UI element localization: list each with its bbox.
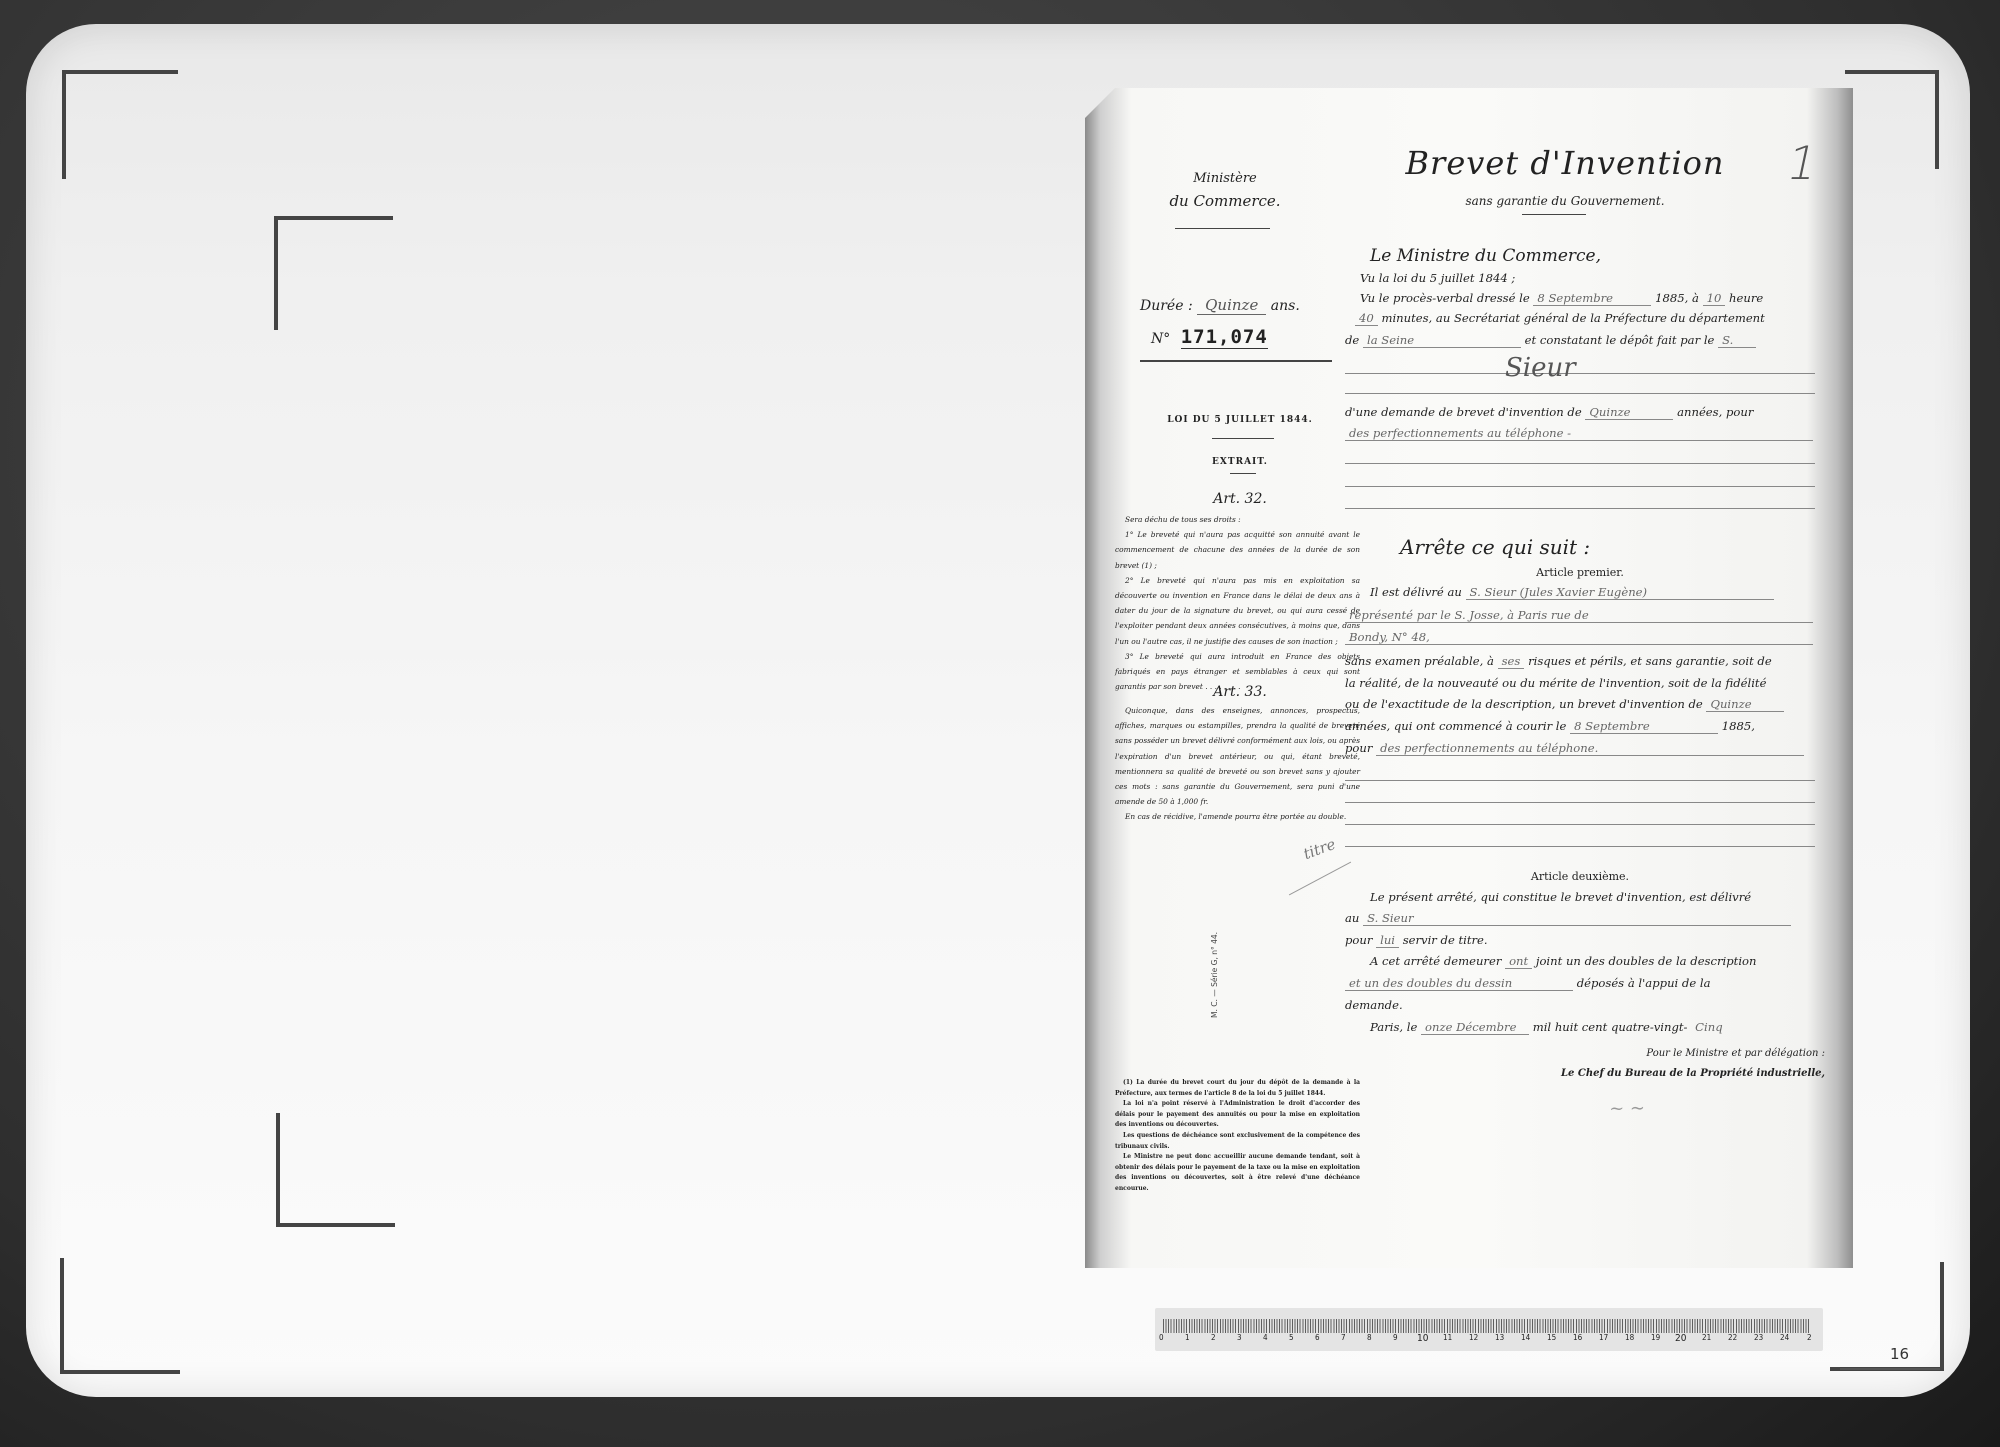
article-33-text: Quiconque, dans des enseignes, annonces,… — [1115, 703, 1360, 825]
art1-line8: pour des perfectionnements au téléphone. — [1345, 741, 1825, 756]
art1-line6: ou de l'exactitude de la description, un… — [1345, 697, 1825, 712]
delegation-line: Pour le Ministre et par délégation : — [1385, 1048, 1825, 1059]
text: et constatant le dépôt fait par le — [1525, 333, 1715, 347]
demande-duration: Quinze — [1585, 405, 1673, 420]
art1-line5: la réalité, de la nouveauté ou du mérite… — [1345, 676, 1825, 690]
blank-line — [1345, 393, 1815, 394]
pencil-stroke — [1289, 862, 1351, 896]
text: pour — [1345, 741, 1372, 755]
text: sans examen préalable, à — [1345, 654, 1494, 668]
risk-holder: ses — [1498, 654, 1525, 669]
art2-line6: demande. — [1345, 998, 1825, 1012]
art2-line2: au S. Sieur — [1345, 911, 1825, 926]
minutes-value: 40 — [1355, 311, 1378, 326]
bureau-chief-line: Le Chef du Bureau de la Propriété indust… — [1385, 1068, 1825, 1079]
ministry-header: Ministère du Commerce. — [1155, 168, 1295, 212]
pencil-annotation: titre — [1301, 835, 1338, 863]
text: Il est délivré au — [1370, 585, 1462, 599]
pv-date: 8 Septembre — [1533, 291, 1651, 306]
document-subtitle: sans garantie du Gouvernement. — [1395, 194, 1735, 208]
ruler-ticks — [1163, 1319, 1809, 1333]
art32-para: 2° Le breveté qui n'aura pas mis en expl… — [1115, 573, 1360, 649]
article-1-heading: Article premier. — [1345, 566, 1815, 579]
crop-mark-top-right — [1845, 70, 1939, 169]
blank-line — [1345, 780, 1815, 781]
ruler-label: 16 — [1573, 1333, 1582, 1342]
duration-field: Durée : Quinze ans. — [1140, 296, 1360, 314]
duration-suffix: ans. — [1271, 298, 1300, 314]
text: Paris, le — [1370, 1020, 1417, 1034]
grantee-name: S. Sieur (Jules Xavier Eugène) — [1466, 585, 1774, 600]
extract-rule — [1230, 473, 1256, 474]
document-title: Brevet d'Invention — [1385, 144, 1745, 182]
art33-para: En cas de récidive, l'amende pourra être… — [1115, 809, 1360, 824]
text: servir de titre. — [1403, 933, 1488, 947]
ruler-label: 3 — [1237, 1333, 1242, 1342]
art2-grantee: S. Sieur — [1363, 911, 1791, 926]
ornament-rule — [1175, 228, 1270, 229]
ruler-label: 6 — [1315, 1333, 1320, 1342]
invention-subject: des perfectionnements au téléphone. — [1376, 741, 1804, 756]
ruler-label: 11 — [1443, 1333, 1452, 1342]
ruler-label: 21 — [1702, 1333, 1711, 1342]
blank-line — [1345, 802, 1815, 803]
footnotes: (1) La durée du brevet court du jour du … — [1115, 1078, 1360, 1195]
handwritten-page-number: 1 — [1782, 136, 1823, 190]
text: 1885, — [1722, 719, 1755, 733]
extract-heading: EXTRAIT. — [1125, 457, 1355, 467]
ruler-label: 1 — [1185, 1333, 1190, 1342]
form-code: M. C. — Série G, n° 44. — [1210, 932, 1219, 1018]
ruler-label: 18 — [1625, 1333, 1634, 1342]
text: A cet arrêté demeurer — [1370, 954, 1501, 968]
text: années, pour — [1677, 405, 1753, 419]
ruler-label: 7 — [1341, 1333, 1346, 1342]
pv-hour: 10 — [1703, 291, 1726, 306]
crop-mark-bottom-left — [60, 1258, 180, 1374]
ministry-line2: du Commerce. — [1155, 190, 1295, 212]
title-rule — [1522, 214, 1586, 215]
patent-document: Ministère du Commerce. Durée : Quinze an… — [1085, 88, 1853, 1268]
text: de — [1345, 333, 1359, 347]
header-divider — [1140, 360, 1332, 362]
art33-para: Quiconque, dans des enseignes, annonces,… — [1115, 703, 1360, 809]
grantee-address: Bondy, N° 48, — [1345, 630, 1813, 645]
crop-mark-top-left — [62, 70, 178, 179]
law-rule — [1212, 438, 1274, 439]
demande-object: des perfectionnements au téléphone - — [1345, 426, 1813, 441]
ruler-label: 19 — [1651, 1333, 1660, 1342]
footnote: (1) La durée du brevet court du jour du … — [1115, 1078, 1360, 1099]
ruler-label: 13 — [1495, 1333, 1504, 1342]
blank-line — [1345, 846, 1815, 847]
blank-line — [1345, 486, 1815, 487]
patent-duration: Quinze — [1706, 697, 1784, 712]
ruler-labels: 0 1 2 3 4 5 6 7 8 9 10 11 12 13 14 15 16… — [1159, 1333, 1819, 1347]
depositor-prefix: S. — [1718, 333, 1756, 348]
demande-line: d'une demande de brevet d'invention de Q… — [1345, 405, 1825, 420]
demande-object-line: des perfectionnements au téléphone - — [1345, 426, 1825, 441]
text: Vu le procès-verbal dressé le — [1360, 291, 1530, 305]
blank-line — [1345, 824, 1815, 825]
text: ou de l'exactitude de la description, un… — [1345, 697, 1703, 711]
ruler-label: 12 — [1469, 1333, 1478, 1342]
attached-drawing: et un des doubles du dessin — [1345, 976, 1573, 991]
art2-line5: et un des doubles du dessin déposés à l'… — [1345, 976, 1825, 991]
text: déposés à l'appui de la — [1577, 976, 1711, 990]
crop-mark-inner-bottom-left — [276, 1113, 395, 1227]
text: au — [1345, 911, 1359, 925]
signature: ~ ∼ — [1385, 1098, 1645, 1119]
arrete-heading: Arrête ce qui suit : — [1400, 535, 1880, 559]
ruler-label: 2 — [1211, 1333, 1216, 1342]
crop-mark-bottom-right — [1830, 1262, 1944, 1371]
vu-pv-line: Vu le procès-verbal dressé le 8 Septembr… — [1360, 291, 1840, 306]
footnote: Le Ministre ne peut donc accueillir aucu… — [1115, 1152, 1360, 1194]
text: mil huit cent quatre-vingt- — [1533, 1020, 1688, 1034]
art2-line1: Le présent arrêté, qui constitue le brev… — [1370, 890, 1850, 904]
ruler-label: 24 — [1780, 1333, 1789, 1342]
opening-line: Le Ministre du Commerce, — [1370, 246, 1850, 266]
article-2-heading: Article deuxième. — [1345, 870, 1815, 883]
ruler-label: 15 — [1547, 1333, 1556, 1342]
patent-number: 171,074 — [1181, 326, 1268, 349]
plate-number: 16 — [1890, 1345, 1909, 1363]
blank-line — [1345, 463, 1815, 464]
law-title: LOI DU 5 JUILLET 1844. — [1125, 415, 1355, 425]
art32-para: 1° Le breveté qui n'aura pas acquitté so… — [1115, 527, 1360, 573]
text: d'une demande de brevet d'invention de — [1345, 405, 1582, 419]
issue-year-word: Cinq — [1691, 1020, 1726, 1034]
ruler-label: 8 — [1367, 1333, 1372, 1342]
art1-line1: Il est délivré au S. Sieur (Jules Xavier… — [1370, 585, 1850, 600]
date-line: Paris, le onze Décembre mil huit cent qu… — [1370, 1020, 1850, 1035]
text: heure — [1729, 291, 1763, 305]
footnote: Les questions de déchéance sont exclusiv… — [1115, 1131, 1360, 1152]
ruler-label: 2 — [1807, 1333, 1812, 1342]
ruler-label: 5 — [1289, 1333, 1294, 1342]
measurement-ruler: 0 1 2 3 4 5 6 7 8 9 10 11 12 13 14 15 16… — [1155, 1308, 1823, 1351]
vu-loi-line: Vu la loi du 5 juillet 1844 ; — [1360, 271, 1840, 285]
plate-underline — [1840, 1368, 1940, 1370]
article-32-heading: Art. 32. — [1125, 491, 1355, 507]
patent-number-field: N° 171,074 — [1151, 326, 1361, 348]
art32-para: Sera déchu de tous ses droits : — [1115, 512, 1360, 527]
ministry-line1: Ministère — [1155, 168, 1295, 190]
art2-line4: A cet arrêté demeurer ont joint un des d… — [1370, 954, 1850, 969]
text: pour — [1345, 933, 1372, 947]
art1-line2: représenté par le S. Josse, à Paris rue … — [1345, 608, 1825, 623]
art2-line3: pour lui servir de titre. — [1345, 933, 1825, 948]
ruler-label: 14 — [1521, 1333, 1530, 1342]
text: minutes, au Secrétariat général de la Pr… — [1381, 311, 1764, 325]
grantee-representation: représenté par le S. Josse, à Paris rue … — [1345, 608, 1813, 623]
art1-line7: années, qui ont commencé à courir le 8 S… — [1345, 719, 1825, 734]
ruler-label: 22 — [1728, 1333, 1737, 1342]
footnote: La loi n'a point réservé à l'Administrat… — [1115, 1099, 1360, 1131]
ruler-label: 23 — [1754, 1333, 1763, 1342]
text: années, qui ont commencé à courir le — [1345, 719, 1566, 733]
art2-pronoun: lui — [1376, 933, 1399, 948]
crop-mark-inner-top-left — [274, 216, 393, 330]
department-line: de la Seine et constatant le dépôt fait … — [1345, 333, 1825, 348]
ruler-label: 0 — [1159, 1333, 1164, 1342]
text: risques et périls, et sans garantie, soi… — [1528, 654, 1772, 668]
text: 1885, à — [1655, 291, 1699, 305]
ruler-label: 10 — [1417, 1333, 1428, 1344]
ruler-label: 17 — [1599, 1333, 1608, 1342]
start-date: 8 Septembre — [1570, 719, 1718, 734]
ruler-label: 4 — [1263, 1333, 1268, 1342]
art1-line4: sans examen préalable, à ses risques et … — [1345, 654, 1825, 669]
text: un des doubles de la description — [1566, 954, 1757, 968]
article-32-text: Sera déchu de tous ses droits : 1° Le br… — [1115, 512, 1360, 694]
text: joint — [1536, 954, 1562, 968]
duration-label: Durée : — [1140, 298, 1193, 314]
issue-date: onze Décembre — [1421, 1020, 1529, 1035]
article-33-heading: Art. 33. — [1125, 684, 1355, 700]
blank-line — [1345, 508, 1815, 509]
art1-line3: Bondy, N° 48, — [1345, 630, 1825, 645]
ruler-label: 9 — [1393, 1333, 1398, 1342]
department-value: la Seine — [1363, 333, 1521, 348]
ruler-label: 20 — [1675, 1333, 1686, 1344]
number-label: N° — [1151, 331, 1170, 347]
minutes-line: 40 minutes, au Secrétariat général de la… — [1355, 311, 1835, 326]
art2-verb: ont — [1505, 954, 1532, 969]
duration-value: Quinze — [1197, 296, 1266, 315]
